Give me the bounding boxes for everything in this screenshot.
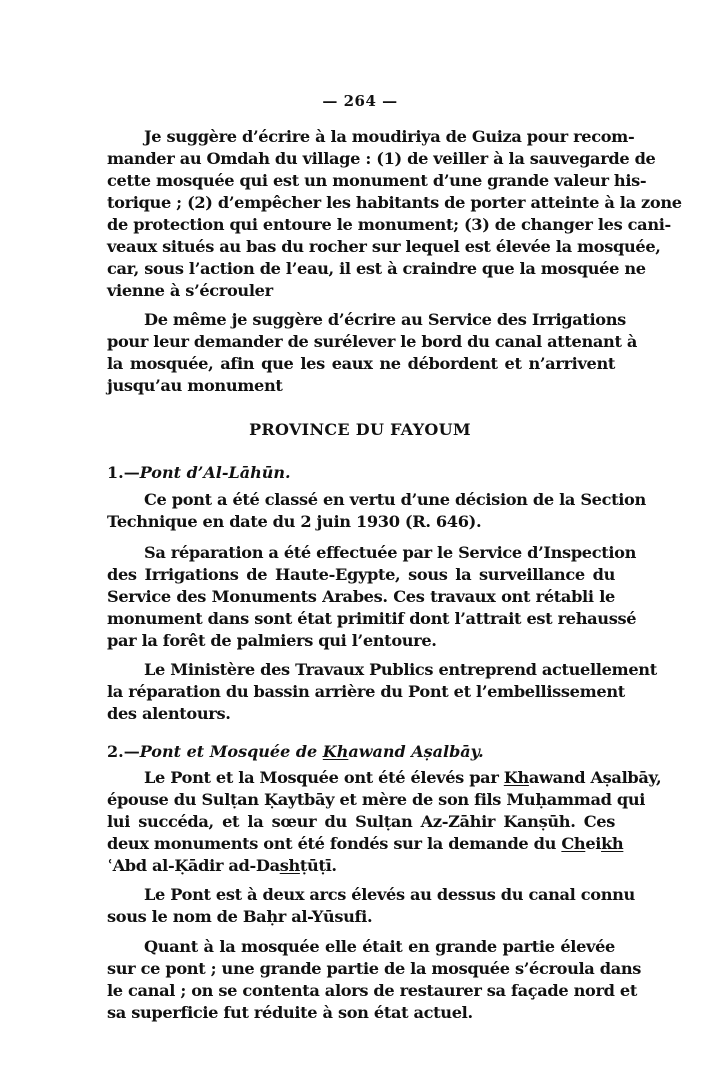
text-span: Le Pont et la Mosquée ont été élevés par	[144, 768, 504, 787]
item-number: 1.—	[107, 463, 140, 482]
text-line: Quant à la mosquée elle était en grande …	[144, 936, 615, 958]
text-line: Le Ministère des Travaux Publics entrepr…	[144, 659, 615, 681]
text-line: ʿAbd al-Ḳādir ad-Dashṭūṭī.	[107, 855, 615, 877]
text-line: vienne à s’écrouler	[107, 280, 615, 302]
text-line: De même je suggère d’écrire au Service d…	[144, 309, 615, 331]
text-line: le canal ; on se contenta alors de resta…	[107, 980, 615, 1002]
document-page: — 264 — Je suggère d’écrire à la moudiri…	[0, 0, 720, 1082]
text-line: car, sous l’action de l’eau, il est à cr…	[107, 258, 615, 280]
text-line: sa superficie fut réduite à son état act…	[107, 1002, 615, 1024]
text-span: ṭūṭī.	[300, 856, 337, 875]
item-title: Pont d’Al-Lāhūn.	[140, 463, 291, 482]
underlined-span: sh	[280, 856, 300, 875]
text-line: la mosquée, afin que les eaux ne déborde…	[107, 353, 615, 375]
text-line: Technique en date du 2 juin 1930 (R. 646…	[107, 511, 615, 533]
text-span: awand Aṣalbāy,	[529, 768, 661, 787]
item-heading-2: 2.—Pont et Mosquée de Khawand Aṣalbāy.	[107, 741, 484, 763]
text-line: Service des Monuments Arabes. Ces travau…	[107, 586, 615, 608]
text-line: jusqu’au monument	[107, 375, 615, 397]
text-line: monument dans sont état primitif dont l’…	[107, 608, 615, 630]
text-line: torique ; (2) d’empêcher les habitants d…	[107, 192, 615, 214]
text-line: lui succéda, et la sœur du Sulṭan Az-Zāh…	[107, 811, 615, 833]
text-line: Le Pont est à deux arcs élevés au dessus…	[144, 884, 615, 906]
text-line: sur ce pont ; une grande partie de la mo…	[107, 958, 615, 980]
text-line: Le Pont et la Mosquée ont été élevés par…	[144, 767, 615, 789]
text-line: par la forêt de palmiers qui l’entoure.	[107, 630, 615, 652]
item-title: Pont et Mosquée de Khawand Aṣalbāy.	[140, 742, 484, 761]
text-line: des alentours.	[107, 703, 615, 725]
text-line: Je suggère d’écrire à la moudiriya de Gu…	[144, 126, 615, 148]
text-line: mander au Omdah du village : (1) de veil…	[107, 148, 615, 170]
underlined-span: Kh	[504, 768, 529, 787]
underlined-span: Ch	[561, 834, 585, 853]
text-line: la réparation du bassin arrière du Pont …	[107, 681, 615, 703]
item-title-part: Pont et Mosquée de	[140, 742, 323, 761]
section-heading: PROVINCE DU FAYOUM	[0, 420, 720, 439]
text-line: cette mosquée qui est un monument d’une …	[107, 170, 615, 192]
text-line: de protection qui entoure le monument; (…	[107, 214, 615, 236]
text-line: veaux situés au bas du rocher sur lequel…	[107, 236, 615, 258]
item-title-underlined: Kh	[323, 742, 349, 761]
text-line: Sa réparation a été effectuée par le Ser…	[144, 542, 615, 564]
text-line: épouse du Sulṭan Ḳaytbāy et mère de son …	[107, 789, 615, 811]
text-line: des Irrigations de Haute-Egypte, sous la…	[107, 564, 615, 586]
text-line: deux monuments ont été fondés sur la dem…	[107, 833, 615, 855]
page-number: — 264 —	[0, 92, 720, 110]
text-line: pour leur demander de surélever le bord …	[107, 331, 615, 353]
item-heading-1: 1.—Pont d’Al-Lāhūn.	[107, 462, 291, 484]
text-span: deux monuments ont été fondés sur la dem…	[107, 834, 561, 853]
text-span: ʿAbd al-Ḳādir ad-Da	[107, 856, 280, 875]
underlined-span: kh	[601, 834, 623, 853]
text-line: sous le nom de Baḥr al-Yūsufi.	[107, 906, 615, 928]
item-title-part: awand Aṣalbāy.	[348, 742, 483, 761]
text-line: Ce pont a été classé en vertu d’une déci…	[144, 489, 615, 511]
item-number: 2.—	[107, 742, 140, 761]
text-span: ei	[585, 834, 601, 853]
